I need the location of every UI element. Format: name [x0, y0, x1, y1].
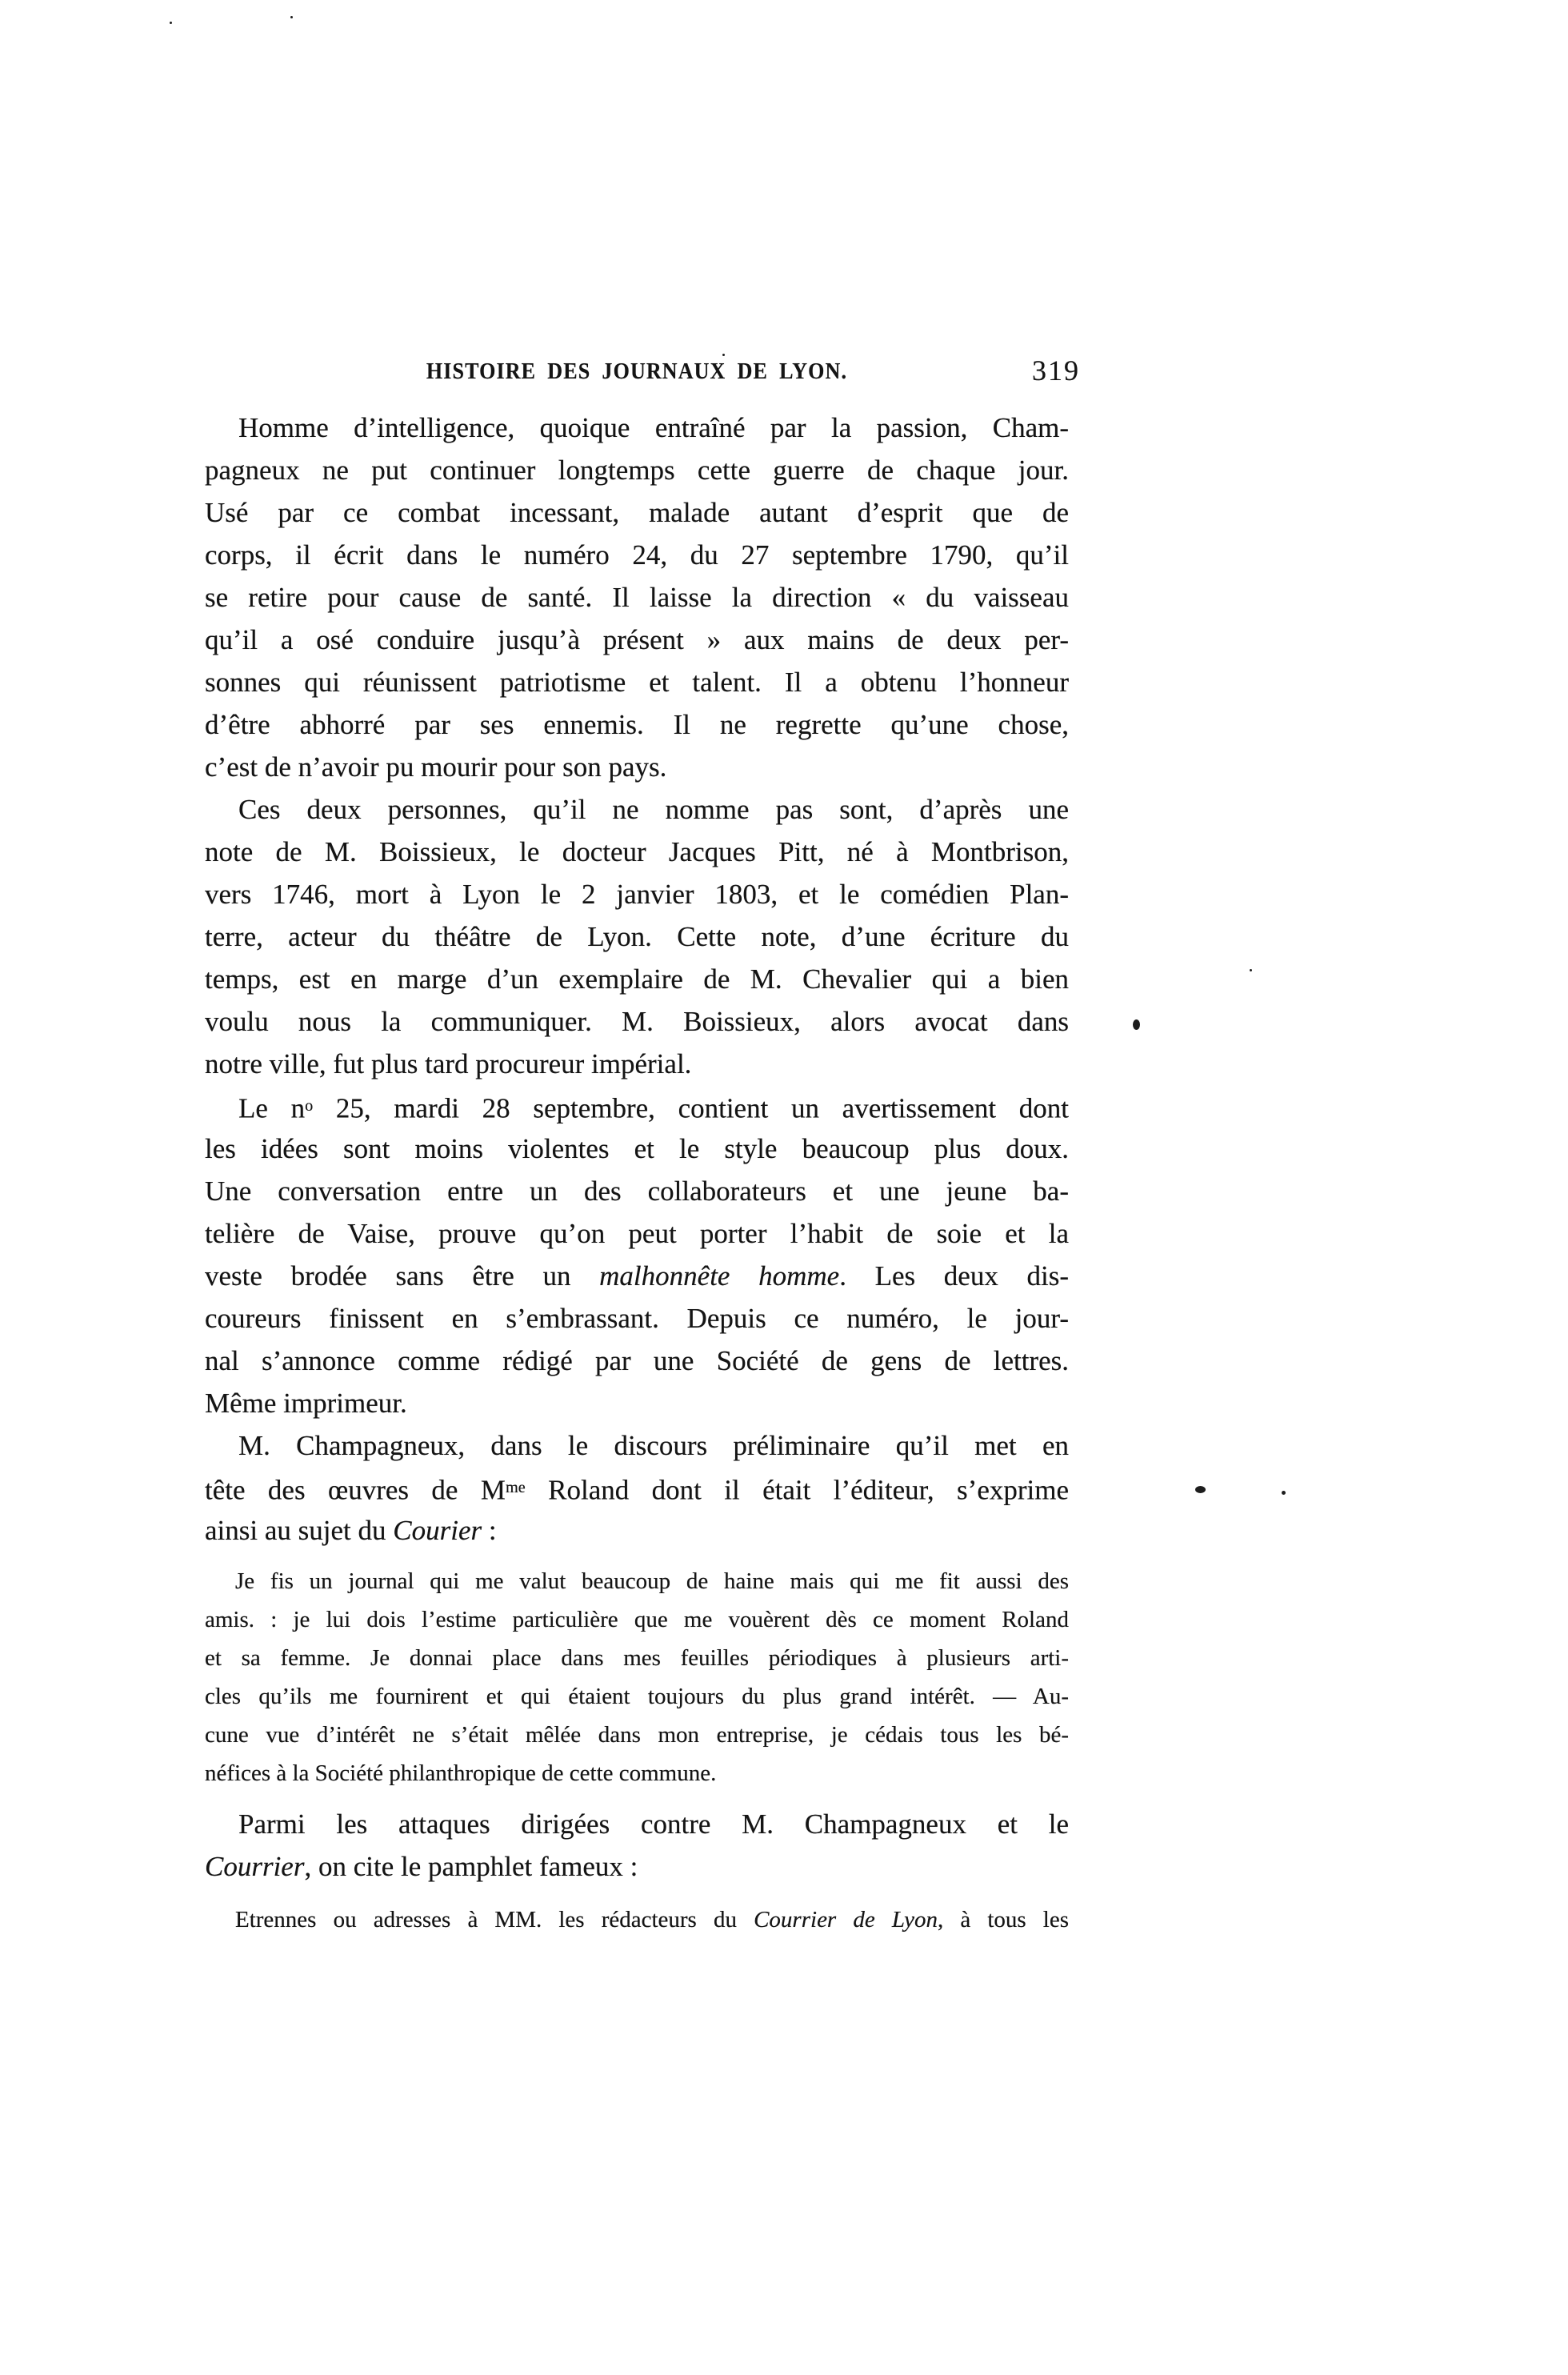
text-line: amis. : je lui dois l’estime particulièr… — [205, 1600, 1069, 1639]
scan-speck — [722, 354, 725, 356]
text-line: d’être abhorré par ses ennemis. Il ne re… — [205, 703, 1069, 746]
text-line: Même imprimeur. — [205, 1382, 1069, 1424]
text-line: se retire pour cause de santé. Il laisse… — [205, 576, 1069, 619]
scan-speck — [1282, 1491, 1286, 1495]
paragraph: Homme d’intelligence, quoique entraîné p… — [205, 407, 1069, 788]
text-line: vers 1746, mort à Lyon le 2 janvier 1803… — [205, 873, 1069, 915]
text-line: cune vue d’intérêt ne s’était mêlée dans… — [205, 1716, 1069, 1754]
page-number: 319 — [1032, 355, 1080, 386]
text-line: coureurs finissent en s’embrassant. Depu… — [205, 1297, 1069, 1340]
paragraph: Parmi les attaques dirigées contre M. Ch… — [205, 1803, 1069, 1888]
text-line: corps, il écrit dans le numéro 24, du 27… — [205, 534, 1069, 576]
scanned-book-page: HISTOIRE DES JOURNAUX DE LYON. 319 Homme… — [0, 0, 1568, 2375]
text-line: Le no 25, mardi 28 septembre, contient u… — [205, 1085, 1069, 1127]
text-line: notre ville, fut plus tard procureur imp… — [205, 1043, 1069, 1085]
text-line: Une conversation entre un des collaborat… — [205, 1170, 1069, 1212]
text-line: sonnes qui réunissent patriotisme et tal… — [205, 661, 1069, 703]
quote-paragraph: Etrennes ou adresses à MM. les rédacteur… — [205, 1900, 1069, 1939]
text-line: Courrier, on cite le pamphlet fameux : — [205, 1845, 1069, 1888]
text-line: pagneux ne put continuer longtemps cette… — [205, 449, 1069, 491]
text-line: tête des œuvres de Mme Roland dont il ét… — [205, 1467, 1069, 1509]
scan-speck — [290, 16, 293, 18]
text-line: Ces deux personnes, qu’il ne nomme pas s… — [205, 788, 1069, 831]
text-line: terre, acteur du théâtre de Lyon. Cette … — [205, 915, 1069, 958]
text-line: M. Champagneux, dans le discours prélimi… — [205, 1424, 1069, 1467]
text-line: qu’il a osé conduire jusqu’à présent » a… — [205, 619, 1069, 661]
text-line: note de M. Boissieux, le docteur Jacques… — [205, 831, 1069, 873]
paragraph: Ces deux personnes, qu’il ne nomme pas s… — [205, 788, 1069, 1085]
text-line: voulu nous la communiquer. M. Boissieux,… — [205, 1000, 1069, 1043]
text-line: ainsi au sujet du Courier : — [205, 1509, 1069, 1552]
scan-speck — [170, 22, 172, 24]
paragraph: Le no 25, mardi 28 septembre, contient u… — [205, 1085, 1069, 1424]
quote-paragraph: Je fis un journal qui me valut beaucoup … — [205, 1562, 1069, 1792]
scan-speck — [1195, 1486, 1206, 1493]
scan-speck — [1133, 1019, 1140, 1030]
page-content: HISTOIRE DES JOURNAUX DE LYON. 319 Homme… — [205, 358, 1069, 1939]
text-line: telière de Vaise, prouve qu’on peut port… — [205, 1212, 1069, 1255]
text-line: les idées sont moins violentes et le sty… — [205, 1127, 1069, 1170]
text-line: Parmi les attaques dirigées contre M. Ch… — [205, 1803, 1069, 1845]
text-line: c’est de n’avoir pu mourir pour son pays… — [205, 746, 1069, 788]
text-line: cles qu’ils me fournirent et qui étaient… — [205, 1677, 1069, 1716]
text-line: temps, est en marge d’un exemplaire de M… — [205, 958, 1069, 1000]
text-line: Homme d’intelligence, quoique entraîné p… — [205, 407, 1069, 449]
scan-speck — [1250, 969, 1252, 971]
text-line: et sa femme. Je donnai place dans mes fe… — [205, 1639, 1069, 1677]
text-line: nal s’annonce comme rédigé par une Socié… — [205, 1340, 1069, 1382]
running-head-title: HISTOIRE DES JOURNAUX DE LYON. — [235, 358, 1038, 386]
paragraph: M. Champagneux, dans le discours prélimi… — [205, 1424, 1069, 1552]
running-head: HISTOIRE DES JOURNAUX DE LYON. 319 — [205, 358, 1069, 386]
text-line: Je fis un journal qui me valut beaucoup … — [205, 1562, 1069, 1600]
text-line: Etrennes ou adresses à MM. les rédacteur… — [205, 1900, 1069, 1939]
body-text: Homme d’intelligence, quoique entraîné p… — [205, 407, 1069, 1939]
text-line: néfices à la Société philanthropique de … — [205, 1754, 1069, 1792]
text-line: veste brodée sans être un malhonnête hom… — [205, 1255, 1069, 1297]
text-line: Usé par ce combat incessant, malade auta… — [205, 491, 1069, 534]
